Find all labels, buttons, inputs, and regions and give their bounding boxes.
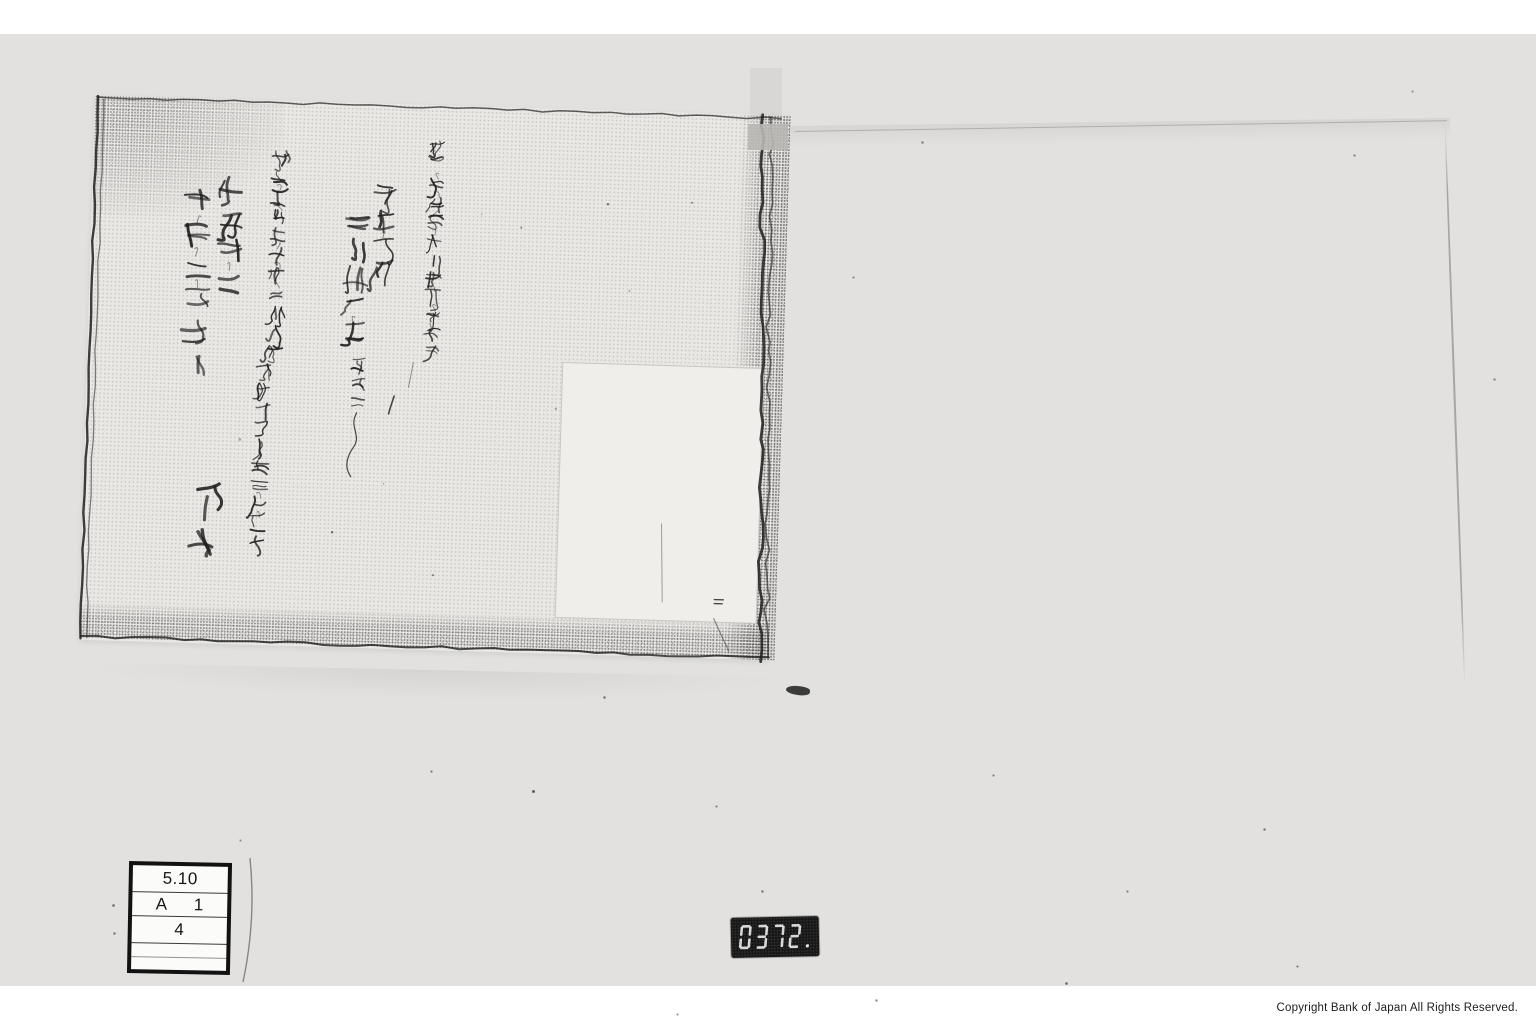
card-holder-edge — [237, 856, 257, 984]
calligraphy-column-date-from-2 — [260, 151, 290, 363]
facing-page-right-edge — [1444, 122, 1465, 688]
counter-digits — [735, 921, 816, 953]
archive-label-item-number: 4 — [132, 916, 228, 945]
frame-counter — [731, 916, 820, 958]
scanner-background: 5.10 A 1 4 — [0, 34, 1536, 986]
calligraphy-layer — [79, 95, 785, 660]
archive-label-empty-row — [131, 943, 226, 959]
calligraphy-column-date-from-1 — [422, 141, 446, 362]
calligraphy-column-title-sub — [340, 217, 369, 346]
dust-specks — [0, 34, 1, 35]
calligraphy-column-note-flourish — [347, 358, 366, 477]
document-shadow — [80, 663, 786, 708]
scan-artifact-corner-patch — [748, 124, 788, 150]
manuscript-cover — [79, 95, 785, 660]
copyright-notice: Copyright Bank of Japan All Rights Reser… — [1277, 1002, 1518, 1014]
calligraphy-column-title-main — [179, 190, 212, 375]
calligraphy-column-duty-2 — [217, 177, 244, 293]
ink-smudge — [785, 684, 810, 696]
archive-label-series: A 1 — [132, 892, 227, 918]
archive-label-call-number: 5.10 — [132, 865, 228, 894]
scanned-archive-image: 5.10 A 1 4 Copyright Bank of Japan All R… — [0, 0, 1536, 1024]
calligraphy-signature — [182, 484, 227, 558]
calligraphy-column-date-to — [246, 363, 272, 556]
archive-label-card: 5.10 A 1 4 — [127, 861, 232, 975]
calligraphy-column-duty-1 — [368, 185, 396, 292]
